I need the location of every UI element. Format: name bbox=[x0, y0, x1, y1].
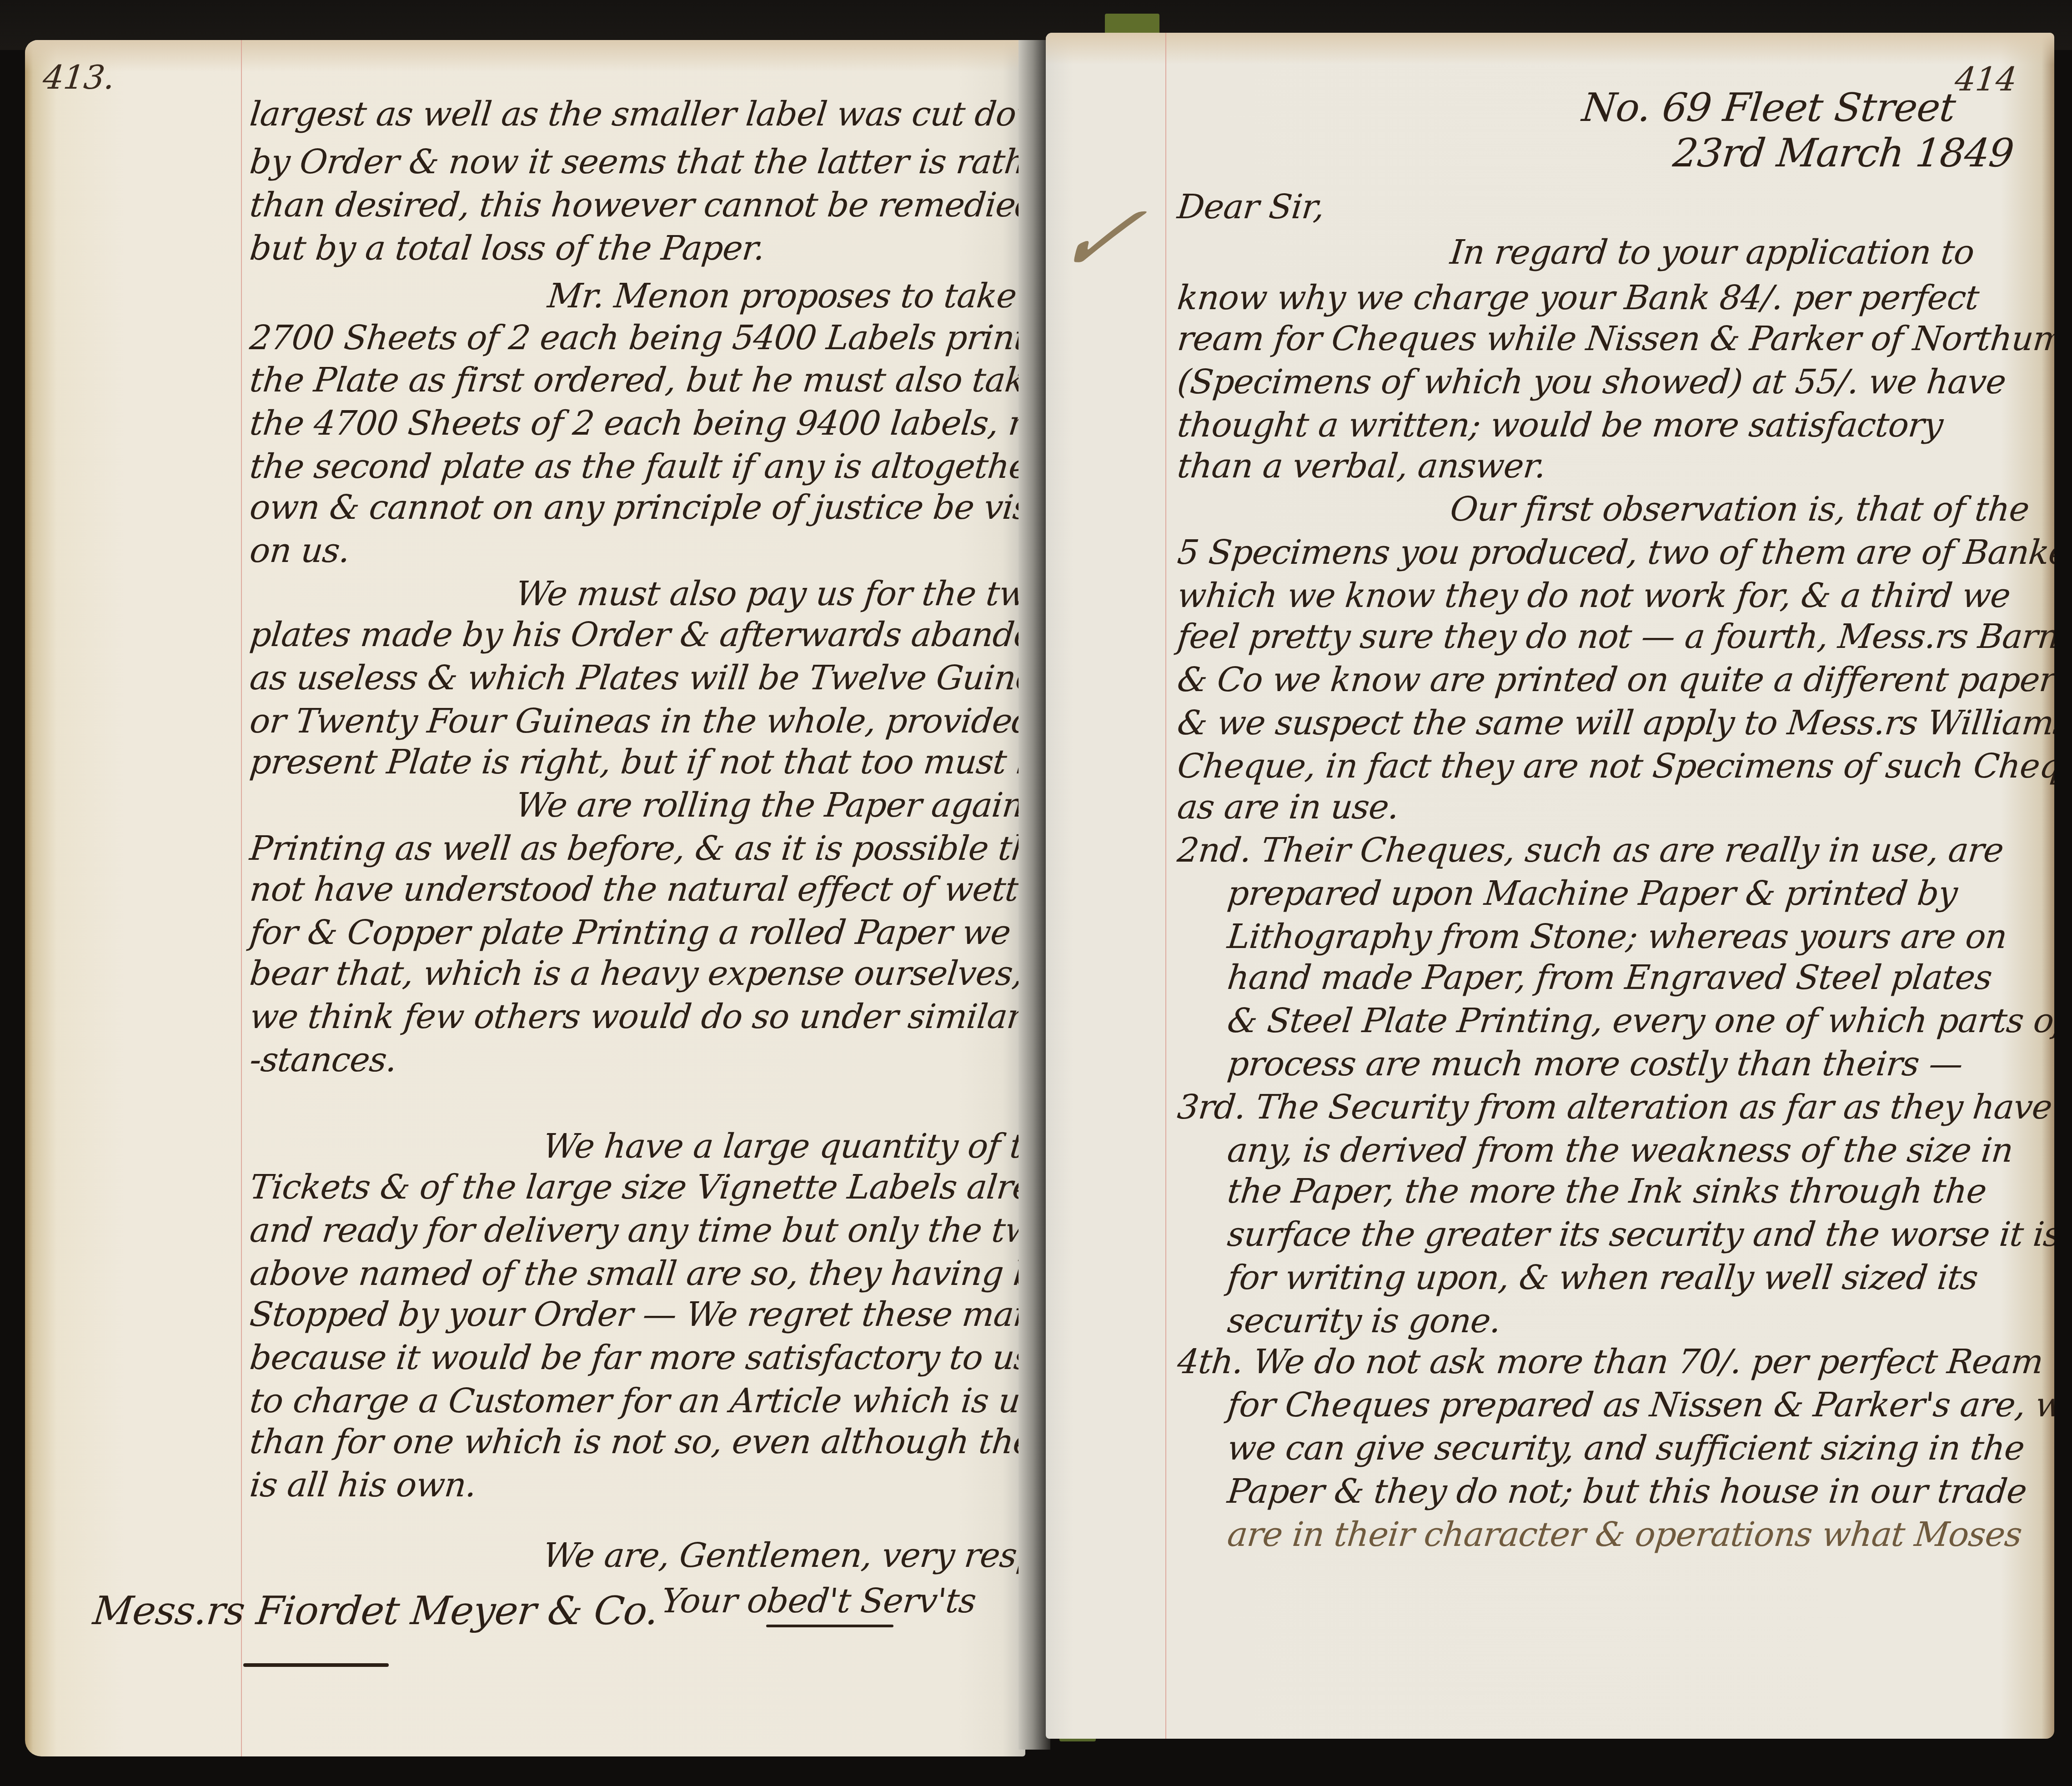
text-line: 3rd. The Security from alteration as far… bbox=[1175, 1088, 2053, 1127]
text-line: than for one which is not so, even altho… bbox=[248, 1422, 1025, 1461]
text-line: hand made Paper, from Engraved Steel pla… bbox=[1225, 958, 1993, 997]
right-page: 414 ✓ No. 69 Fleet Street 23rd March 184… bbox=[1046, 33, 2054, 1739]
text-line: above named of the small are so, they ha… bbox=[248, 1254, 1025, 1293]
text-line: present Plate is right, but if not that … bbox=[248, 742, 1025, 782]
text-line: by Order & now it seems that the latter … bbox=[248, 142, 1025, 181]
text-line: or Twenty Four Guineas in the whole, pro… bbox=[248, 702, 1025, 741]
text-line: is all his own. bbox=[248, 1465, 478, 1505]
text-line: Lithography from Stone; whereas yours ar… bbox=[1225, 917, 2008, 956]
text-line: & we suspect the same will apply to Mess… bbox=[1175, 703, 2054, 742]
text-line: Our first observation is, that of the bbox=[1448, 490, 2031, 529]
text-line: the 4700 Sheets of 2 each being 9400 lab… bbox=[248, 404, 1025, 443]
margin-rule bbox=[1165, 33, 1166, 1739]
text-line: Stopped by your Order — We regret these … bbox=[248, 1295, 1025, 1334]
text-line: We have a large quantity of the Red bbox=[541, 1127, 1025, 1166]
text-line: surface the greater its security and the… bbox=[1225, 1215, 2054, 1254]
text-line: (Specimens of which you showed) at 55/. … bbox=[1175, 362, 2007, 401]
text-line: -stances. bbox=[248, 1040, 398, 1079]
text-line: because it would be far more satisfactor… bbox=[248, 1338, 1025, 1377]
text-line: In regard to your application to bbox=[1448, 233, 1976, 272]
text-line: & Co we know are printed on quite a diff… bbox=[1175, 660, 2054, 699]
text-line: on us. bbox=[248, 531, 351, 570]
text-line: we can give security, and sufficient siz… bbox=[1225, 1429, 2026, 1468]
text-line: as useless & which Plates will be Twelve… bbox=[248, 658, 1025, 697]
text-line: which we know they do not work for, & a … bbox=[1175, 576, 2012, 615]
text-line: Printing as well as before, & as it is p… bbox=[248, 829, 1025, 868]
page-number: 414 bbox=[1953, 60, 2018, 98]
signature-line: Your obed't Serv'ts bbox=[659, 1581, 978, 1620]
text-line: know why we charge your Bank 84/. per pe… bbox=[1175, 278, 1981, 317]
text-line: but by a total loss of the Paper. bbox=[248, 229, 766, 268]
text-line: to charge a Customer for an Article whic… bbox=[248, 1381, 1025, 1420]
text-line: plates made by his Order & afterwards ab… bbox=[248, 615, 1025, 654]
text-line: the second plate as the fault if any is … bbox=[248, 447, 1025, 486]
check-mark-icon: ✓ bbox=[1046, 183, 1158, 294]
text-line: for Cheques prepared as Nissen & Parker'… bbox=[1225, 1385, 2054, 1425]
text-line: for & Copper plate Printing a rolled Pap… bbox=[248, 913, 1025, 952]
address: No. 69 Fleet Street bbox=[1580, 85, 1957, 130]
text-line: not have understood the natural effect o… bbox=[248, 870, 1025, 909]
text-line: prepared upon Machine Paper & printed by bbox=[1225, 874, 1959, 913]
text-line: We must also pay us for the two double bbox=[514, 574, 1025, 613]
text-line: any, is derived from the weakness of the… bbox=[1225, 1131, 2015, 1170]
text-line: 2700 Sheets of 2 each being 5400 Labels … bbox=[248, 318, 1025, 357]
addressee: Mess.rs Fiordet Meyer & Co. bbox=[91, 1588, 661, 1634]
salutation: Dear Sir, bbox=[1175, 187, 1326, 226]
text-line: We are rolling the Paper again after bbox=[514, 786, 1025, 825]
text-line: as are in use. bbox=[1175, 788, 1400, 827]
text-line: Tickets & of the large size Vignette Lab… bbox=[248, 1168, 1025, 1207]
text-line: we think few others would do so under si… bbox=[248, 997, 1025, 1036]
text-line: process are much more costly than theirs… bbox=[1225, 1044, 1964, 1084]
text-line: and ready for delivery any time but only… bbox=[248, 1211, 1025, 1250]
text-line: largest as well as the smaller label was… bbox=[248, 95, 1025, 134]
text-line: ream for Cheques while Nissen & Parker o… bbox=[1175, 319, 2054, 358]
text-line: 2nd. Their Cheques, such as are really i… bbox=[1175, 831, 2005, 870]
text-line: own & cannot on any principle of justice… bbox=[248, 488, 1025, 527]
date: 23rd March 1849 bbox=[1671, 130, 2016, 176]
text-line: for writing upon, & when really well siz… bbox=[1225, 1258, 1980, 1297]
text-line: 5 Specimens you produced, two of them ar… bbox=[1175, 533, 2054, 572]
margin-rule bbox=[241, 40, 242, 1756]
text-line: Paper & they do not; but this house in o… bbox=[1225, 1472, 2028, 1511]
flourish bbox=[766, 1625, 893, 1627]
text-line: are in their character & operations what… bbox=[1225, 1515, 2023, 1554]
text-line: feel pretty sure they do not — a fourth,… bbox=[1175, 617, 2054, 656]
text-line: thought a written; would be more satisfa… bbox=[1175, 406, 1944, 445]
text-line: Cheque, in fact they are not Specimens o… bbox=[1175, 747, 2054, 786]
text-line: the Paper, the more the Ink sinks throug… bbox=[1225, 1172, 1988, 1211]
closing-line: We are, Gentlemen, very respectfully bbox=[541, 1536, 1025, 1575]
text-line: security is gone. bbox=[1225, 1301, 1502, 1340]
flourish bbox=[243, 1663, 389, 1667]
left-page: 413. largest as well as the smaller labe… bbox=[25, 40, 1025, 1756]
text-line: bear that, which is a heavy expense ours… bbox=[248, 954, 1025, 993]
text-line: 4th. We do not ask more than 70/. per pe… bbox=[1175, 1342, 2045, 1381]
text-line: Mr. Menon proposes to take the bbox=[546, 276, 1025, 316]
text-line: than desired, this however cannot be rem… bbox=[248, 186, 1025, 225]
page-number: 413. bbox=[41, 58, 116, 96]
text-line: & Steel Plate Printing, every one of whi… bbox=[1225, 1001, 2054, 1040]
text-line: than a verbal, answer. bbox=[1175, 446, 1547, 486]
text-line: the Plate as first ordered, but he must … bbox=[248, 361, 1025, 400]
